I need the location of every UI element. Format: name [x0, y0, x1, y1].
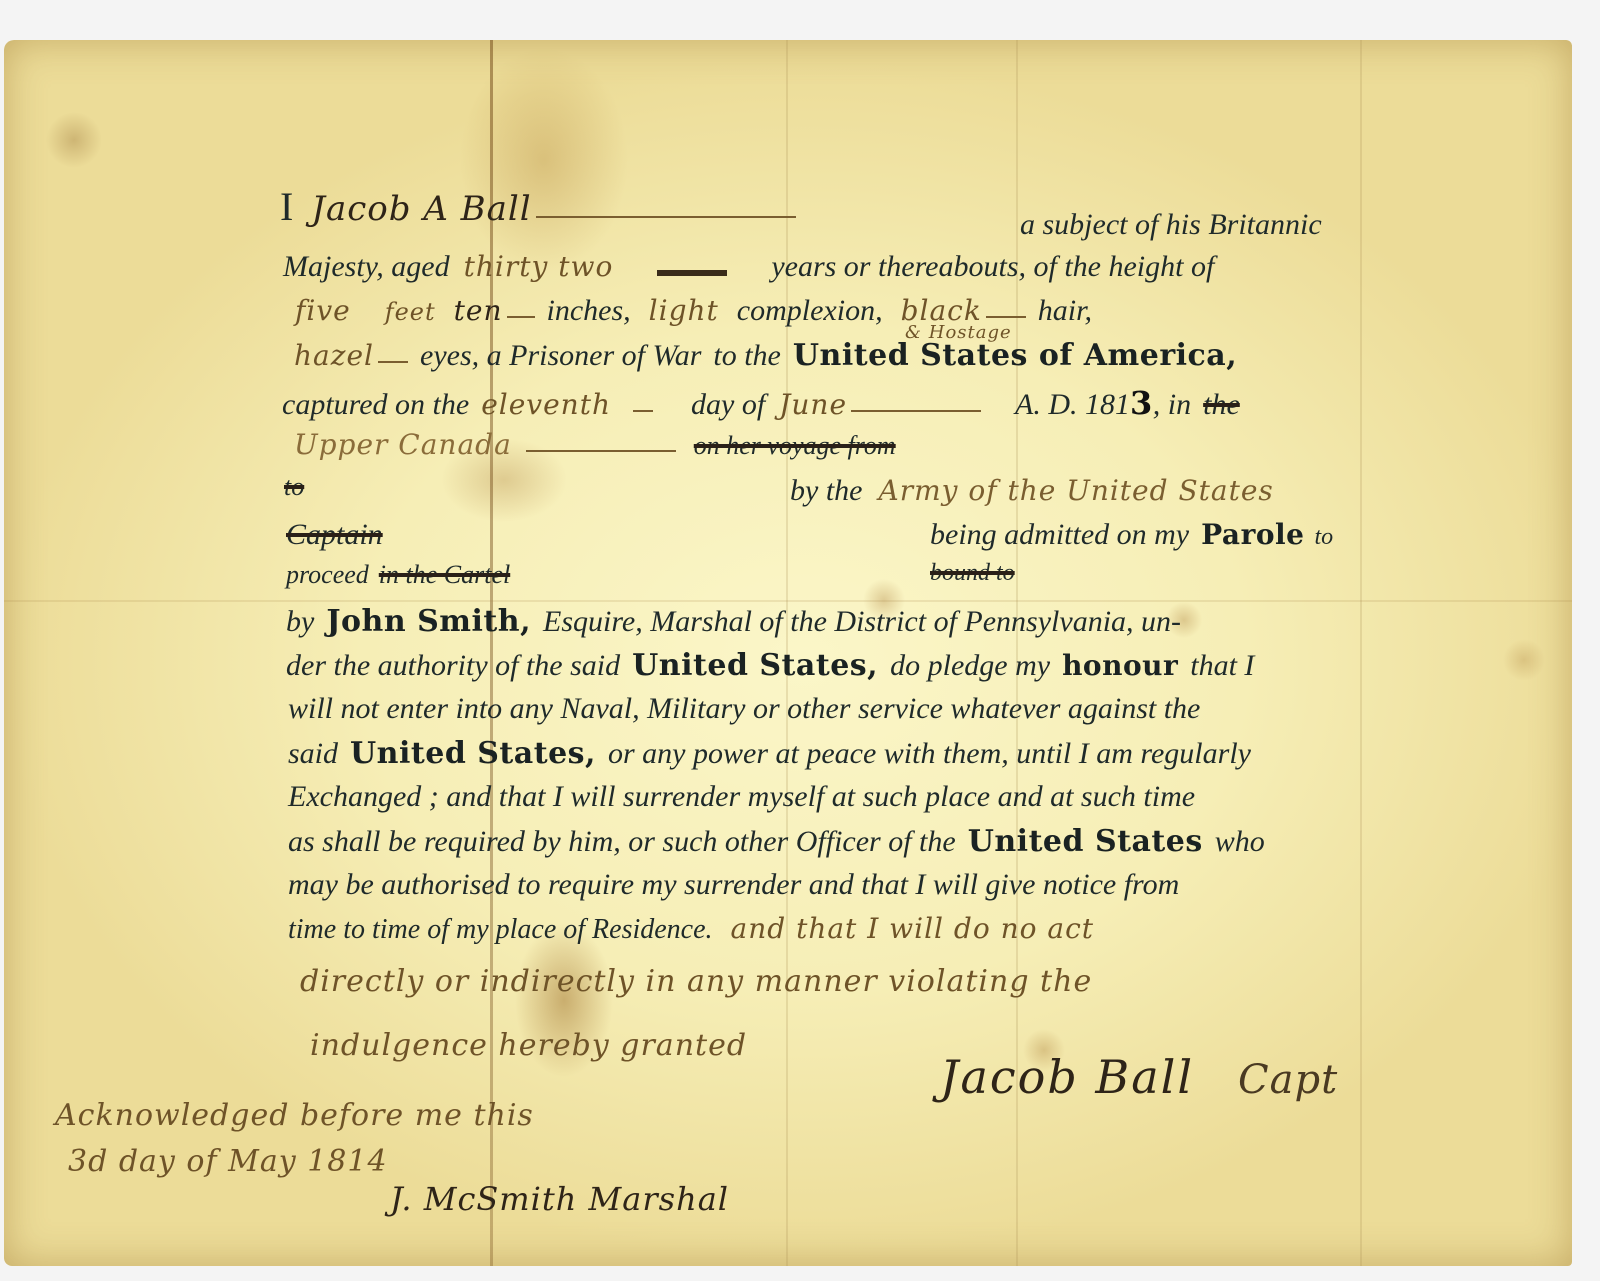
printed-text: years or thereabouts, of the height of — [771, 250, 1214, 283]
form-line-10: by John Smith, Esquire, Marshal of the D… — [286, 604, 1181, 639]
form-line-17: time to time of my place of Residence. a… — [288, 912, 1094, 946]
printed-text: as shall be required by him, or such oth… — [288, 825, 956, 858]
fill-rule — [526, 448, 676, 452]
signature-name: Jacob Ball — [940, 1050, 1194, 1104]
handwritten-eyes: hazel — [294, 339, 374, 372]
form-line-1: I Jacob A Ball — [280, 183, 796, 230]
printed-text: to the — [713, 339, 781, 372]
printed-text: day of — [691, 388, 765, 421]
handwritten-place: Upper Canada — [294, 428, 512, 461]
printed-text: der the authority of the said — [286, 649, 620, 682]
form-line-5: captured on the eleventh day of June A. … — [282, 384, 1240, 422]
form-line-11: der the authority of the said United Sta… — [286, 648, 1254, 683]
struck-text: Captain — [286, 518, 383, 552]
printed-text: a subject of his Britannic — [1020, 208, 1322, 242]
printed-text: Majesty, aged — [283, 250, 450, 283]
handwritten-age: thirty two — [464, 250, 614, 283]
form-line-13: said United States, or any power at peac… — [288, 736, 1251, 771]
fold-crease — [4, 600, 1572, 602]
form-line-2: Majesty, aged thirty two years or therea… — [283, 250, 1214, 284]
handwritten-captor: Army of the United States — [878, 474, 1273, 507]
struck-text: to — [284, 472, 304, 502]
printed-marshal-name: John Smith, — [326, 604, 531, 639]
handwritten-clause: indulgence hereby granted — [310, 1028, 747, 1063]
printed-text: by the — [790, 474, 862, 507]
printed-text: Exchanged ; and that I will surrender my… — [288, 780, 1195, 814]
printed-text: eyes, a Prisoner of War — [420, 339, 701, 372]
fold-crease — [1360, 40, 1362, 1266]
printed-text: or any power at peace with them, until I… — [608, 737, 1251, 770]
handwritten-year-digit: 3 — [1130, 384, 1153, 422]
handwritten-clause: directly or indirectly in any manner vio… — [300, 964, 1092, 999]
acknowledgement-line-1: Acknowledged before me this — [55, 1098, 534, 1133]
handwritten-name: Jacob A Ball — [311, 189, 531, 229]
printed-text: said — [288, 737, 338, 770]
fill-rule — [633, 408, 653, 412]
fill-rule — [536, 214, 796, 218]
fill-rule — [986, 314, 1026, 318]
handwritten-complexion: light — [649, 294, 719, 327]
printed-text: who — [1215, 825, 1265, 858]
printed-text: Esquire, Marshal of the District of Penn… — [543, 605, 1181, 638]
struck-text: in the Cartel — [379, 560, 510, 589]
struck-text: bound to — [930, 560, 1015, 587]
handwritten-month: June — [779, 388, 847, 421]
printed-text: hair, — [1038, 294, 1092, 327]
marshal-signature: J. McSmith Marshal — [390, 1180, 729, 1218]
printed-text: will not enter into any Naval, Military … — [288, 692, 1200, 726]
form-line-6: Upper Canada on her voyage from — [294, 428, 896, 461]
printed-text: to — [1314, 524, 1333, 550]
printed-text: A. D. 181 — [1015, 388, 1130, 421]
printed-text: I — [280, 184, 293, 229]
printed-country: United States of America, — [793, 338, 1237, 373]
printed-united-states: United States, — [350, 736, 596, 771]
printed-text: that I — [1190, 649, 1254, 682]
printed-parole: Parole — [1201, 518, 1304, 551]
handwritten-clause: and that I will do no act — [731, 912, 1094, 945]
printed-text: by — [286, 605, 314, 638]
printed-text: do pledge my — [890, 649, 1050, 682]
fill-rule — [851, 408, 981, 412]
form-line-7: by the Army of the United States — [790, 474, 1274, 508]
fill-rule — [378, 359, 408, 363]
printed-text: captured on the — [282, 388, 469, 421]
signature-title: Capt — [1238, 1057, 1338, 1103]
form-line-15: as shall be required by him, or such oth… — [288, 824, 1265, 859]
form-line-9: proceed in the Cartel — [286, 560, 510, 590]
printed-text: being admitted on my — [930, 518, 1189, 551]
printed-united-states: United States, — [632, 648, 878, 683]
prisoner-signature: Jacob Ball Capt — [940, 1050, 1338, 1104]
handwritten-day: eleventh — [481, 388, 611, 421]
printed-text: feet — [385, 298, 436, 326]
fill-rule — [507, 314, 535, 318]
form-line-4: hazel eyes, a Prisoner of War to the Uni… — [294, 338, 1237, 373]
form-line-8: being admitted on my Parole to — [930, 518, 1333, 552]
printed-text: time to time of my place of Residence. — [288, 914, 713, 945]
handwritten-feet: five — [295, 294, 351, 327]
printed-text: complexion, — [737, 294, 883, 327]
printed-honour: honour — [1062, 649, 1178, 682]
handwritten-inches: ten — [454, 294, 503, 327]
printed-united-states: United States — [968, 824, 1203, 859]
printed-text: may be authorised to require my surrende… — [288, 868, 1179, 902]
printed-text: inches, — [547, 294, 631, 327]
acknowledgement-date: 3d day of May 1814 — [68, 1144, 388, 1179]
fill-rule — [657, 268, 727, 276]
struck-text: on her voyage from — [694, 431, 896, 460]
printed-text: , in — [1153, 388, 1191, 421]
struck-text: the — [1203, 388, 1240, 421]
printed-text: proceed — [286, 560, 369, 589]
